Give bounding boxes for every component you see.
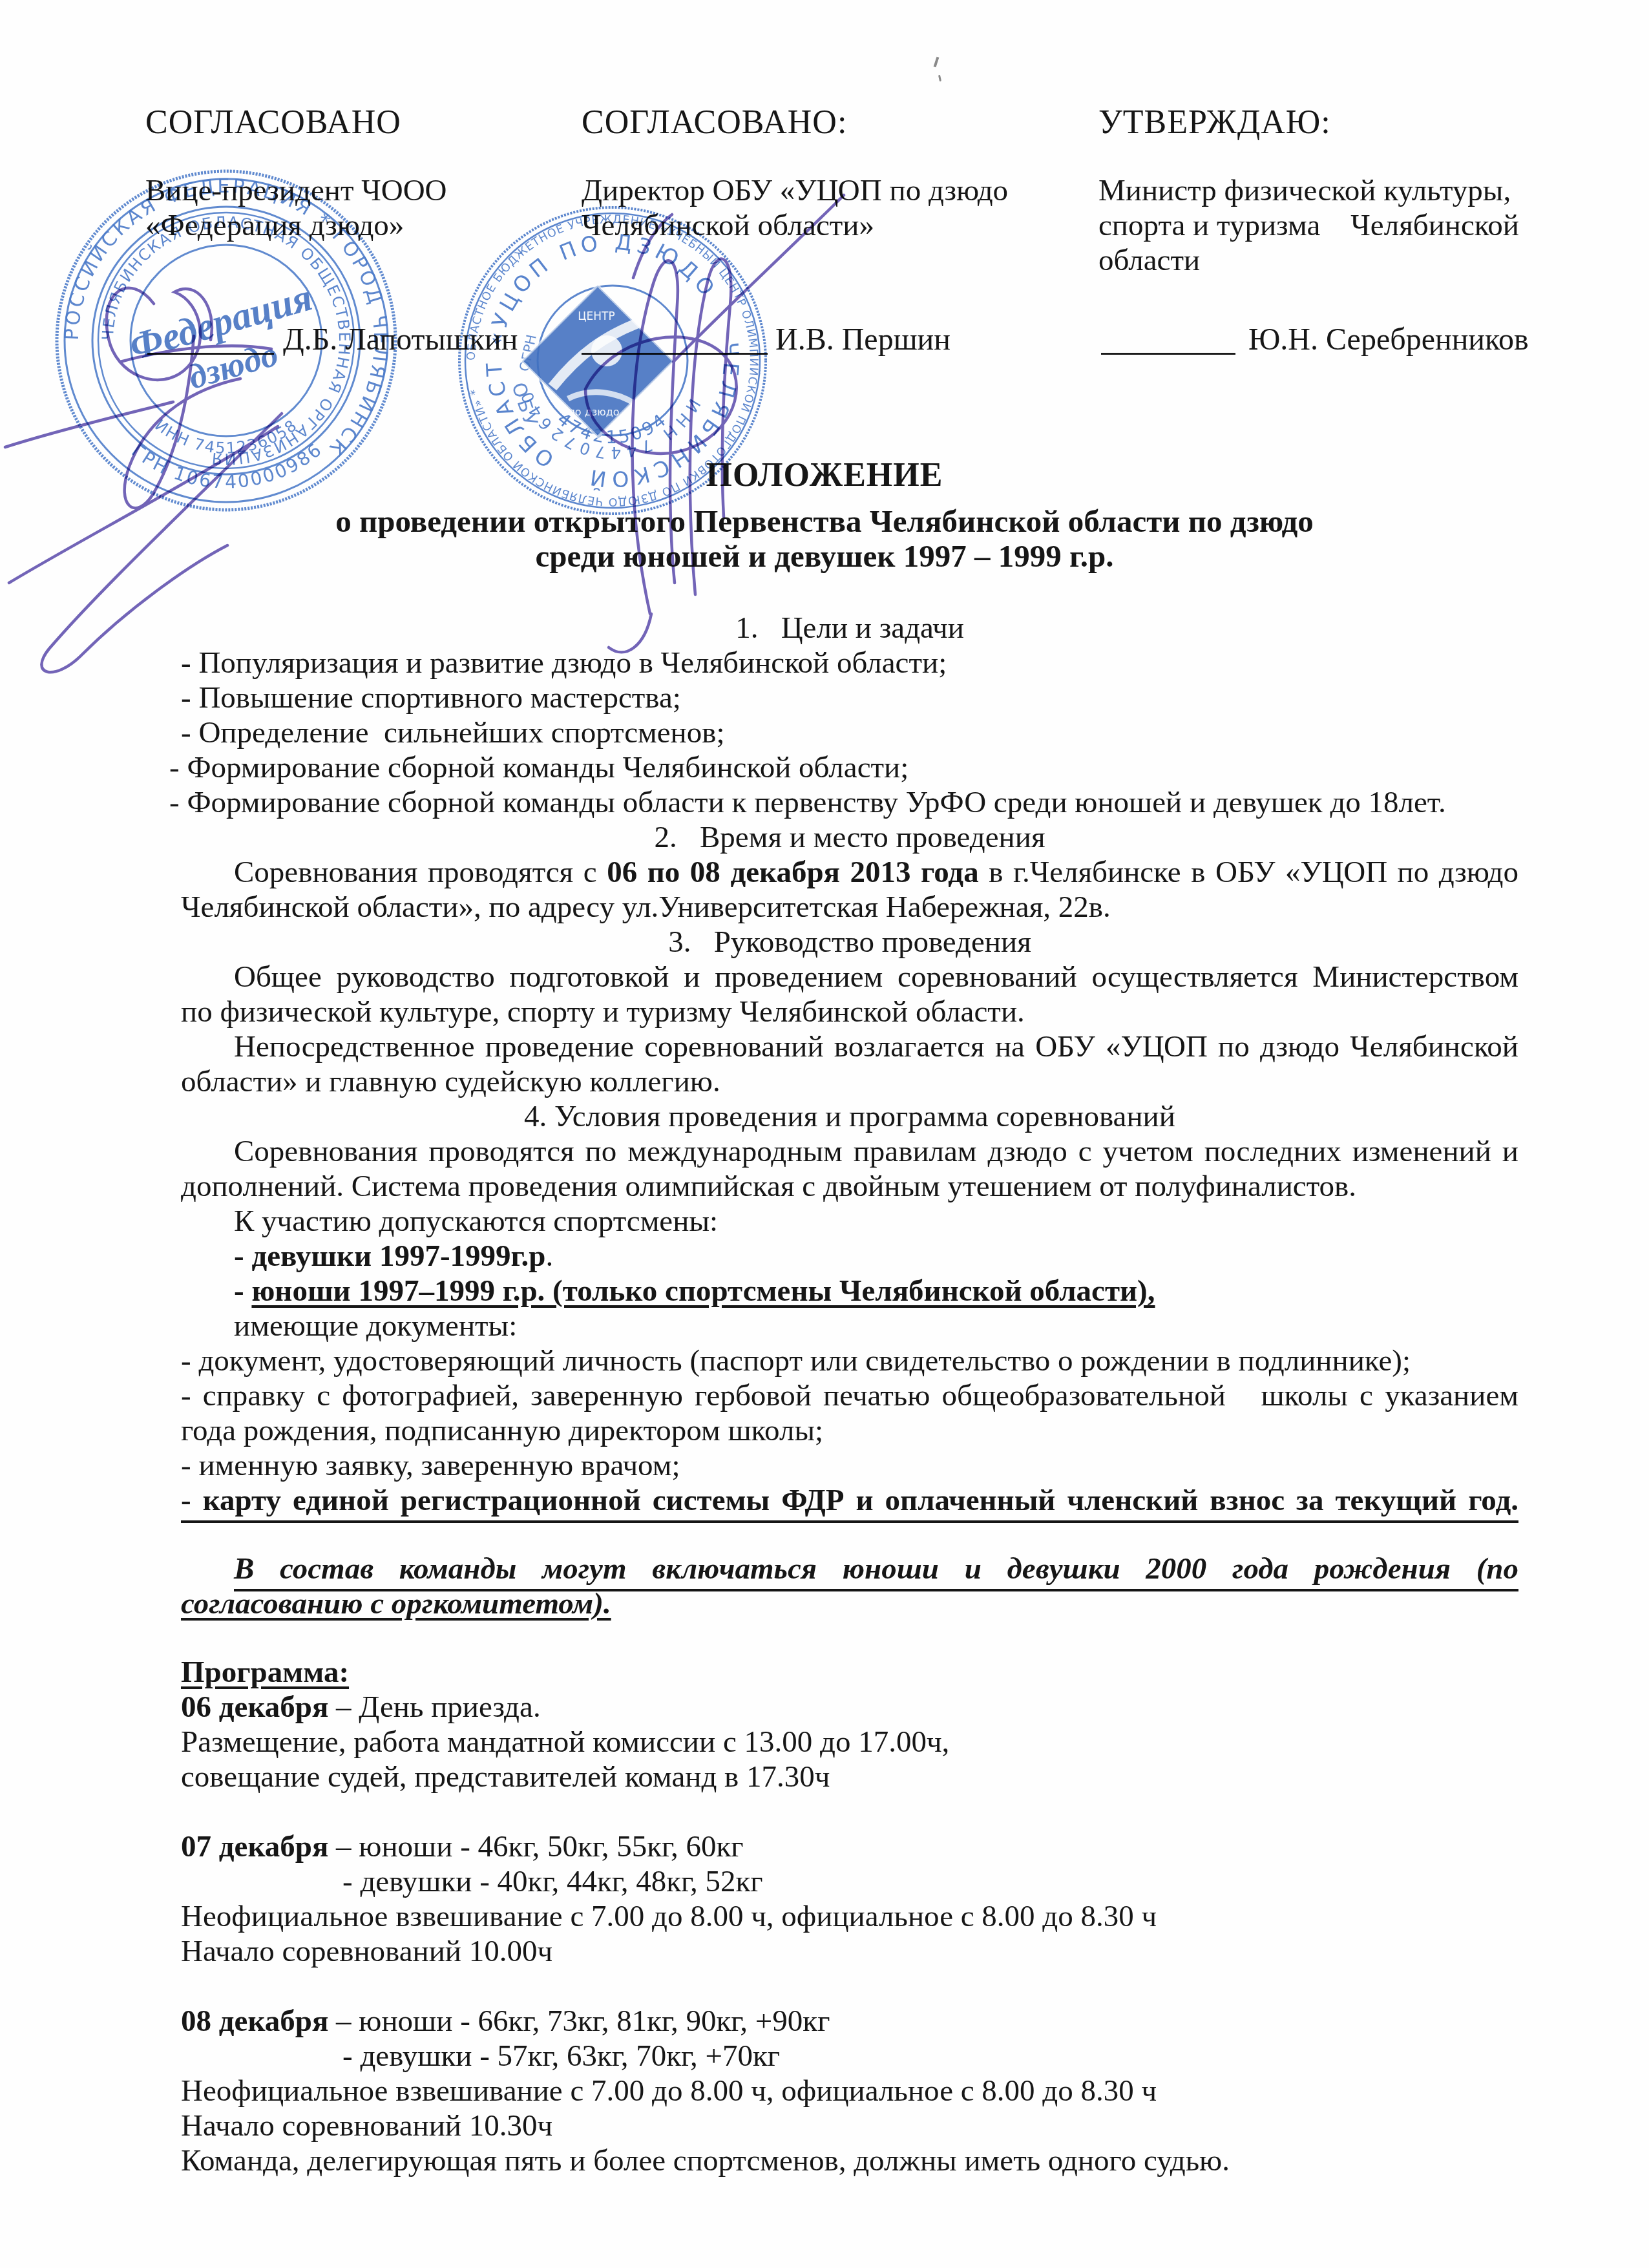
role-right-line3: области — [1098, 243, 1200, 278]
doc-line: - девушки - 40кг, 44кг, 48кг, 52кг — [342, 1864, 1518, 1900]
doc-line: К участию допускаются спортсмены: — [181, 1203, 1518, 1239]
stamp-ucop-judo: ОБЛАСТНОЕ БЮДЖЕТНОЕ УЧРЕЖДЕНИЕ «УЧЕБНЫЙ … — [451, 199, 774, 522]
doc-line: 2. Время и место проведения — [181, 819, 1518, 856]
doc-line: Общее руководство подготовкой и проведен… — [181, 959, 1518, 995]
doc-line: Соревнования проводятся по международным… — [181, 1133, 1518, 1170]
signature-line-right — [1101, 353, 1235, 355]
scan-artifact — [934, 57, 940, 67]
doc-line: 07 декабря – юноши - 46кг, 50кг, 55кг, 6… — [181, 1829, 1518, 1865]
stamp-judo-federation: РОССИЙСКАЯ ФЕДЕРАЦИЯ * ГОРОД ЧЕЛЯБИНСК О… — [50, 165, 403, 517]
doc-line: года рождения, подписанную директором шк… — [181, 1412, 1518, 1449]
approval-label-middle: СОГЛАСОВАНО: — [582, 103, 847, 142]
doc-line: Начало соревнований 10.00ч — [181, 1933, 1518, 1969]
doc-line: - Популяризация и развитие дзюдо в Челяб… — [181, 645, 1518, 681]
doc-line: Челябинской области», по адресу ул.Униве… — [181, 889, 1518, 925]
doc-line: 08 декабря – юноши - 66кг, 73кг, 81кг, 9… — [181, 2003, 1518, 2039]
doc-line: - именную заявку, заверенную врачом; — [181, 1447, 1518, 1484]
doc-line: - документ, удостоверяющий личность (пас… — [181, 1343, 1518, 1379]
doc-line: 3. Руководство проведения — [181, 924, 1518, 960]
doc-line: - справку с фотографией, заверенную герб… — [181, 1378, 1518, 1414]
doc-line: Программа: — [181, 1654, 1518, 1690]
role-right-line2: спорта и туризма Челябинской — [1098, 208, 1519, 243]
stamp-logo-text-bottom: по дзюдо — [568, 406, 619, 418]
doc-line: Соревнования проводятся с 06 по 08 декаб… — [181, 854, 1518, 890]
stamp-logo-text-top: ЦЕНТР — [578, 310, 614, 323]
scanned-regulation-document: СОГЛАСОВАНО СОГЛАСОВАНО: УТВЕРЖДАЮ: Вице… — [0, 0, 1649, 2268]
doc-line: - девушки 1997-1999г.р. — [181, 1238, 1518, 1274]
doc-line: - карту единой регистрационной системы Ф… — [181, 1482, 1518, 1518]
doc-line: - Формирование сборной команды области к… — [169, 784, 1518, 821]
signer-name-right: Ю.Н. Серебренников — [1248, 322, 1529, 357]
doc-line: Начало соревнований 10.30ч — [181, 2108, 1518, 2144]
scan-artifact — [938, 75, 941, 81]
doc-line: - юноши 1997–1999 г.р. (только спортсмен… — [181, 1273, 1518, 1309]
doc-line: - Определение сильнейших спортсменов; — [181, 715, 1518, 751]
doc-line: 1. Цели и задачи — [181, 610, 1518, 646]
doc-line: - девушки - 57кг, 63кг, 70кг, +70кг — [342, 2038, 1518, 2074]
doc-line: - Повышение спортивного мастерства; — [181, 680, 1518, 716]
doc-line: Неофициальное взвешивание с 7.00 до 8.00… — [181, 2073, 1518, 2109]
doc-line: совещание судей, представителей команд в… — [181, 1759, 1518, 1795]
doc-line: по физической культуре, спорту и туризму… — [181, 994, 1518, 1030]
doc-line: - Формирование сборной команды Челябинск… — [169, 750, 1518, 786]
doc-line: области» и главную судейскую коллегию. — [181, 1064, 1518, 1100]
doc-line: Непосредственное проведение соревнований… — [181, 1029, 1518, 1065]
doc-line: 06 декабря – День приезда. — [181, 1689, 1518, 1725]
doc-line: имеющие документы: — [181, 1308, 1518, 1344]
doc-line: В состав команды могут включаться юноши … — [181, 1551, 1518, 1587]
doc-line: согласованию с оргкомитетом). — [181, 1586, 1518, 1622]
doc-line: Команда, делегирующая пять и более спорт… — [181, 2143, 1518, 2179]
signer-name-middle: И.В. Першин — [775, 322, 951, 357]
doc-line: Неофициальное взвешивание с 7.00 до 8.00… — [181, 1898, 1518, 1935]
approval-label-left: СОГЛАСОВАНО — [145, 103, 401, 142]
doc-line: Размещение, работа мандатной комиссии с … — [181, 1724, 1518, 1760]
role-right-line1: Министр физической культуры, — [1098, 173, 1511, 208]
document-subtitle-line2: среди юношей и девушек 1997 – 1999 г.р. — [0, 538, 1649, 574]
doc-line: дополнений. Система проведения олимпийск… — [181, 1168, 1518, 1204]
approval-label-right: УТВЕРЖДАЮ: — [1098, 103, 1331, 142]
doc-line: 4. Условия проведения и программа соревн… — [181, 1098, 1518, 1135]
